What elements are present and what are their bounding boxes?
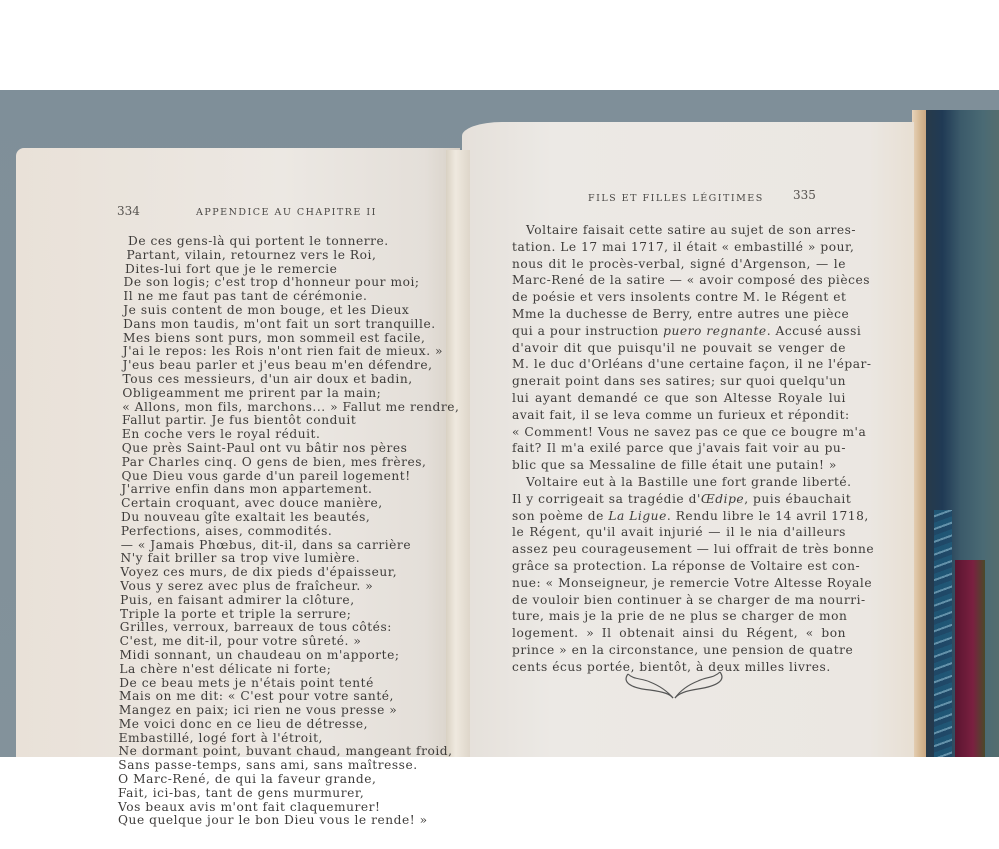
verse-line: J'arrive enfin dans mon appartement. bbox=[118, 483, 438, 497]
verse-line: C'est, me dit-il, pour votre sûreté. » bbox=[118, 635, 438, 649]
prose-line: de vouloir bien continuer à se charger d… bbox=[512, 592, 846, 609]
prose-line: Marc-René de la satire — « avoir composé… bbox=[512, 272, 846, 289]
verse-line: Il ne me faut pas tant de cérémonie. bbox=[118, 290, 438, 304]
prose-line: logement. » Il obtenait ainsi du Régent,… bbox=[512, 625, 846, 642]
verse-line: Embastillé, logé fort à l'étroit, bbox=[118, 732, 438, 746]
verse-line: Dites-lui fort que je le remercie bbox=[118, 263, 438, 277]
prose-line: son poème de La Ligue. Rendu libre le 14… bbox=[512, 508, 846, 525]
prose-line: Voltaire faisait cette satire au sujet d… bbox=[512, 222, 846, 239]
verse-line: Voyez ces murs, de dix pieds d'épaisseur… bbox=[118, 566, 438, 580]
verse-line: De ces gens-là qui portent le tonnerre. bbox=[118, 235, 438, 249]
prose-line: nous dit le procès-verbal, signé d'Argen… bbox=[512, 256, 846, 273]
verse-line: Puis, en faisant admirer la clôture, bbox=[118, 594, 438, 608]
prose-line: qui a pour instruction puero regnante. A… bbox=[512, 323, 846, 340]
verse-line: Fait, ici-bas, tant de gens murmurer, bbox=[118, 787, 438, 801]
left-page-number: 334 bbox=[117, 204, 140, 218]
verse-line: En coche vers le royal réduit. bbox=[118, 428, 438, 442]
verse-line: Mais on me dit: « C'est pour votre santé… bbox=[118, 690, 438, 704]
verse-line: — « Jamais Phœbus, dit-il, dans sa carri… bbox=[118, 539, 438, 553]
verse-line: « Allons, mon fils, marchons... » Fallut… bbox=[118, 401, 438, 415]
verse-line: Vous y serez avec plus de fraîcheur. » bbox=[118, 580, 438, 594]
prose-line: tation. Le 17 mai 1717, il était « embas… bbox=[512, 239, 846, 256]
verse-line: Que quelque jour le bon Dieu vous le ren… bbox=[118, 814, 438, 828]
prose-line: ture, mais je la prie de ne plus se char… bbox=[512, 608, 846, 625]
left-running-head: APPENDICE AU CHAPITRE II bbox=[196, 207, 377, 218]
verse-line: Me voici donc en ce lieu de détresse, bbox=[118, 718, 438, 732]
prose-line: lui ayant demandé ce que son Altesse Roy… bbox=[512, 390, 846, 407]
verse-line: Vos beaux avis m'ont fait claquemurer! bbox=[118, 801, 438, 815]
verse-line: Dans mon taudis, m'ont fait un sort tran… bbox=[118, 318, 438, 332]
prose-line: le Régent, qu'il avait injurié — il le n… bbox=[512, 524, 846, 541]
prose-line: prince » en la circonstance, une pension… bbox=[512, 642, 846, 659]
tail-piece-flourish-icon bbox=[620, 668, 728, 700]
verse-line: Mangez en paix; ici rien ne vous presse … bbox=[118, 704, 438, 718]
verse-block: De ces gens-là qui portent le tonnerre.P… bbox=[118, 235, 438, 828]
verse-line: De son logis; c'est trop d'honneur pour … bbox=[118, 276, 438, 290]
book-gutter bbox=[446, 150, 470, 757]
verse-line: N'y fait briller sa trop vive lumière. bbox=[118, 552, 438, 566]
verse-line: Certain croquant, avec douce manière, bbox=[118, 497, 438, 511]
verse-line: Je suis content de mon bouge, et les Die… bbox=[118, 304, 438, 318]
verse-line: Tous ces messieurs, d'un air doux et bad… bbox=[118, 373, 438, 387]
prose-line: Voltaire eut à la Bastille une fort gran… bbox=[512, 474, 846, 491]
verse-line: Du nouveau gîte exaltait les beautés, bbox=[118, 511, 438, 525]
prose-line: fait? Il m'a exilé parce que j'avais fai… bbox=[512, 440, 846, 457]
verse-line: Par Charles cinq. O gens de bien, mes fr… bbox=[118, 456, 438, 470]
verse-line: Sans passe-temps, sans ami, sans maîtres… bbox=[118, 759, 438, 773]
verse-line: J'ai le repos: les Rois n'ont rien fait … bbox=[118, 345, 438, 359]
verse-line: Midi sonnant, un chaudeau on m'apporte; bbox=[118, 649, 438, 663]
prose-line: de poésie et vers insolents contre M. le… bbox=[512, 289, 846, 306]
right-page-number: 335 bbox=[793, 188, 816, 202]
verse-line: Ne dormant point, buvant chaud, mangeant… bbox=[118, 745, 438, 759]
prose-line: Il y corrigeait sa tragédie d'Œdipe, pui… bbox=[512, 491, 846, 508]
verse-line: Partant, vilain, retournez vers le Roi, bbox=[118, 249, 438, 263]
prose-line: M. le duc d'Orléans d'une certaine façon… bbox=[512, 356, 846, 373]
prose-line: avait fait, il se leva comme un furieux … bbox=[512, 407, 846, 424]
page-edges bbox=[912, 110, 926, 757]
prose-line: nue: « Monseigneur, je remercie Votre Al… bbox=[512, 575, 846, 592]
verse-line: Mes biens sont purs, mon sommeil est fac… bbox=[118, 332, 438, 346]
verse-line: Fallut partir. Je fus bientôt conduit bbox=[118, 414, 438, 428]
cover-lining bbox=[955, 560, 985, 757]
prose-line: « Comment! Vous ne savez pas ce que ce b… bbox=[512, 424, 846, 441]
verse-line: Obligeamment me prirent par la main; bbox=[118, 387, 438, 401]
verse-line: De ce beau mets je n'étais point tenté bbox=[118, 677, 438, 691]
verse-line: Que près Saint-Paul ont vu bâtir nos pèr… bbox=[118, 442, 438, 456]
verse-line: Grilles, verroux, barreaux de tous côtés… bbox=[118, 621, 438, 635]
verse-line: Perfections, aises, commodités. bbox=[118, 525, 438, 539]
prose-line: blic que sa Messaline de fille était une… bbox=[512, 457, 846, 474]
prose-block: Voltaire faisait cette satire au sujet d… bbox=[512, 222, 846, 676]
verse-line: Que Dieu vous garde d'un pareil logement… bbox=[118, 470, 438, 484]
prose-line: assez peu courageusement — lui offrait d… bbox=[512, 541, 846, 558]
prose-line: Mme la duchesse de Berry, entre autres u… bbox=[512, 306, 846, 323]
prose-line: grâce sa protection. La réponse de Volta… bbox=[512, 558, 846, 575]
verse-line: La chère n'est délicate ni forte; bbox=[118, 663, 438, 677]
right-running-head: FILS ET FILLES LÉGITIMES bbox=[588, 193, 764, 204]
marbled-edge bbox=[934, 510, 952, 757]
prose-line: gnerait point dans ses satires; sur quoi… bbox=[512, 373, 846, 390]
verse-line: J'eus beau parler et j'eus beau m'en déf… bbox=[118, 359, 438, 373]
verse-line: Triple la porte et triple la serrure; bbox=[118, 608, 438, 622]
verse-line: O Marc-René, de qui la faveur grande, bbox=[118, 773, 438, 787]
prose-line: d'avoir dit que puisqu'il ne pouvait se … bbox=[512, 340, 846, 357]
